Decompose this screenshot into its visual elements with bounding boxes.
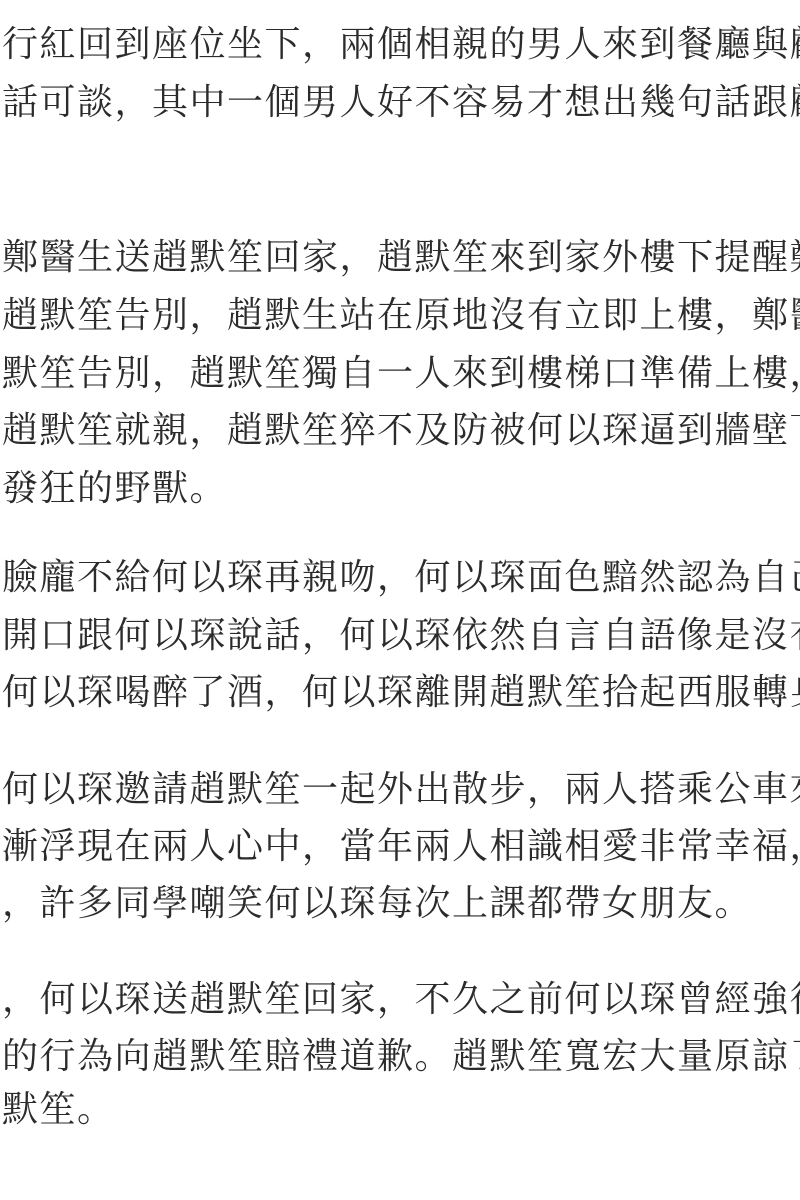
text-line: 話可談，其中一個男人好不容易才想出幾句話跟顧彳 — [2, 81, 800, 125]
text-line: 默笙。 — [2, 1088, 115, 1132]
text-line: 發狂的野獸。 — [2, 467, 227, 511]
text-line: 開口跟何以琛說話，何以琛依然自言自語像是沒有聽 — [2, 614, 800, 658]
text-line: 的行為向趙默笙賠禮道歉。趙默笙寬宏大量原諒了何 — [2, 1035, 800, 1079]
text-line: 臉龐不給何以琛再親吻，何以琛面色黯然認為自己輕 — [2, 556, 800, 600]
text-line: 何以琛邀請趙默笙一起外出散步，兩人搭乘公車來到 — [2, 768, 800, 812]
text-line: 何以琛喝醉了酒，何以琛離開趙默笙拾起西服轉身走 — [2, 671, 800, 715]
text-line: 趙默笙告別，趙默生站在原地沒有立即上樓，鄭醫生 — [2, 294, 800, 338]
text-line: 鄭醫生送趙默笙回家，趙默笙來到家外樓下提醒鄭醫 — [2, 236, 800, 280]
text-line: 默笙告別，趙默笙獨自一人來到樓梯口準備上樓，何 — [2, 352, 800, 396]
text-line: ，許多同學嘲笑何以琛每次上課都帶女朋友。 — [2, 882, 752, 926]
text-line: 漸浮現在兩人心中，當年兩人相識相愛非常幸福，趙 — [2, 825, 800, 869]
text-line: 趙默笙就親，趙默笙猝不及防被何以琛逼到牆壁下熱 — [2, 409, 800, 453]
text-line: ，何以琛送趙默笙回家，不久之前何以琛曾經強行親 — [2, 978, 800, 1022]
text-line: 行紅回到座位坐下，兩個相親的男人來到餐廳與顧彳 — [2, 23, 800, 67]
